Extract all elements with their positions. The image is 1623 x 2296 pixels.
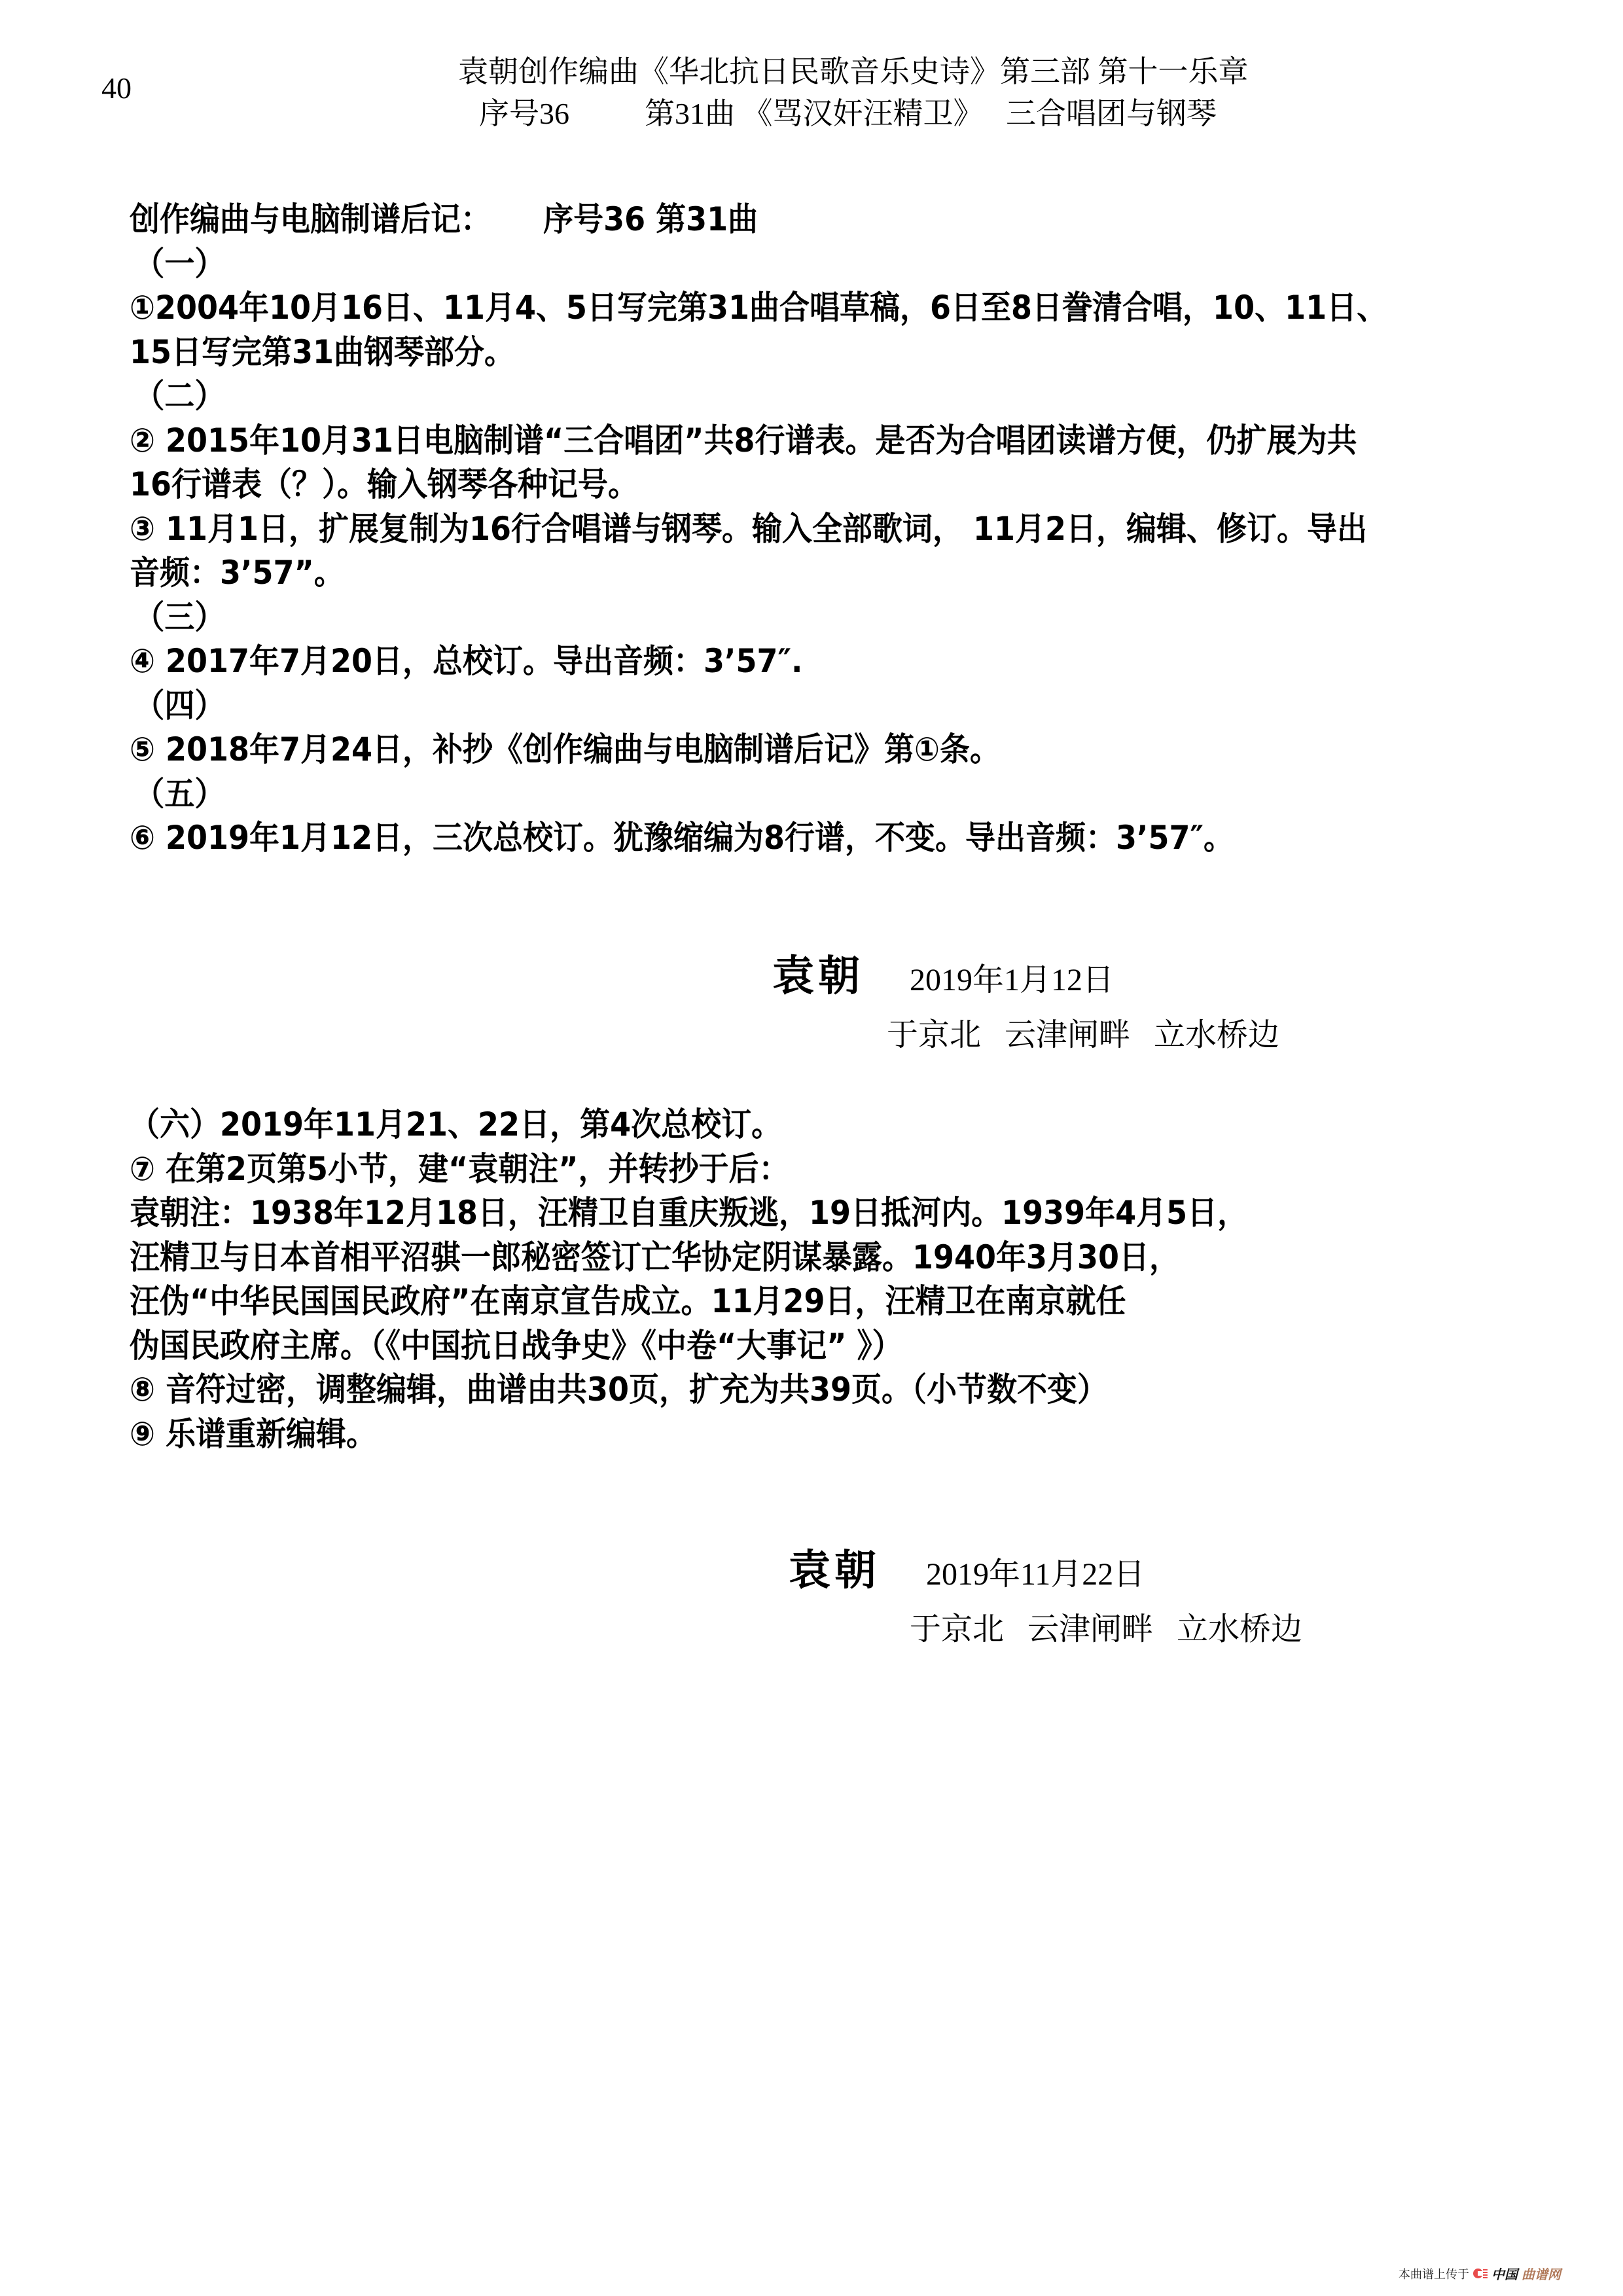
author-name: 袁朝 — [772, 956, 864, 997]
afterword-title: 创作编曲与电脑制谱后记： 序号36 第31曲 — [130, 198, 1388, 242]
afterword-item-3: ③ 11月1日，扩展复制为16行合唱谱与钢琴。输入全部歌词， 11月2日，编辑、… — [130, 507, 1388, 596]
afterword-item-2: ② 2015年10月31日电脑制谱“三合唱团”共8行谱表。是否为合唱团读谱方便，… — [130, 419, 1388, 507]
afterword-item-1: ①2004年10月16日、11月4、5日写完第31曲合唱草稿，6日至8日誊清合唱… — [130, 286, 1388, 374]
signature-date: 2019年11月22日 — [926, 1557, 1145, 1592]
afterword-item-8: ⑧ 音符过密，调整编辑，曲谱由共30页，扩充为共39页。（小节数不变） — [130, 1368, 1454, 1412]
section-six-body: （六）2019年11月21、22日，第4次总校订。 ⑦ 在第2页第5小节，建“袁… — [130, 1103, 1454, 1456]
afterword-item-4: ④ 2017年7月20日，总校订。导出音频：3’57″. — [130, 639, 1388, 684]
signature-place: 于京北 云津闸畔 立水桥边 — [887, 1014, 1279, 1056]
signature-block-1: 袁朝2019年1月12日 于京北 云津闸畔 立水桥边 — [772, 956, 1279, 1056]
section-heading-3: （三） — [130, 596, 1388, 640]
watermark-label: 本曲谱上传于 — [1399, 2265, 1469, 2282]
afterword-item-5: ⑤ 2018年7月24日，补抄《创作编曲与电脑制谱后记》第①条。 — [130, 728, 1388, 772]
site-logo-icon — [1473, 2268, 1488, 2280]
section-heading-6: （六）2019年11月21、22日，第4次总校订。 — [130, 1103, 1454, 1147]
header-line-1: 袁朝创作编曲《华北抗日民歌音乐史诗》第三部 第十一乐章 — [458, 51, 1374, 93]
signature-place: 于京北 云津闸畔 立水桥边 — [910, 1609, 1302, 1651]
running-header: 袁朝创作编曲《华北抗日民歌音乐史诗》第三部 第十一乐章 序号36 第31曲 《骂… — [458, 51, 1374, 135]
site-watermark: 本曲谱上传于 中国 曲谱网 — [1399, 2264, 1561, 2283]
author-note-line-1: 袁朝注：1938年12月18日，汪精卫自重庆叛逃，19日抵河内。1939年4月5… — [130, 1191, 1454, 1236]
section-heading-5: （五） — [130, 772, 1388, 817]
author-name: 袁朝 — [789, 1550, 880, 1592]
afterword-item-6: ⑥ 2019年1月12日，三次总校订。犹豫缩编为8行谱，不变。导出音频：3’57… — [130, 816, 1388, 861]
page-number: 40 — [101, 73, 132, 103]
afterword-item-7: ⑦ 在第2页第5小节，建“袁朝注”，并转抄于后： — [130, 1147, 1454, 1192]
afterword-item-9: ⑨ 乐谱重新编辑。 — [130, 1412, 1454, 1457]
signature-block-2: 袁朝2019年11月22日 于京北 云津闸畔 立水桥边 — [789, 1550, 1302, 1651]
header-line-2: 序号36 第31曲 《骂汉奸汪精卫》 三合唱团与钢琴 — [458, 93, 1374, 135]
signature-date: 2019年1月12日 — [910, 963, 1114, 997]
watermark-brand-part1: 中国 — [1491, 2264, 1518, 2283]
section-heading-2: （二） — [130, 374, 1388, 419]
section-heading-1: （一） — [130, 242, 1388, 287]
author-note-line-2: 汪精卫与日本首相平沼骐一郎秘密签订亡华协定阴谋暴露。1940年3月30日， — [130, 1236, 1454, 1280]
watermark-brand-part2: 曲谱网 — [1522, 2264, 1561, 2283]
author-note-line-3: 汪伪“中华民国国民政府”在南京宣告成立。11月29日，汪精卫在南京就任 — [130, 1280, 1454, 1324]
author-note-line-4: 伪国民政府主席。（《中国抗日战争史》《中卷“大事记” 》） — [130, 1324, 1454, 1369]
afterword-body: 创作编曲与电脑制谱后记： 序号36 第31曲 （一） ①2004年10月16日、… — [130, 198, 1388, 861]
section-heading-4: （四） — [130, 684, 1388, 728]
